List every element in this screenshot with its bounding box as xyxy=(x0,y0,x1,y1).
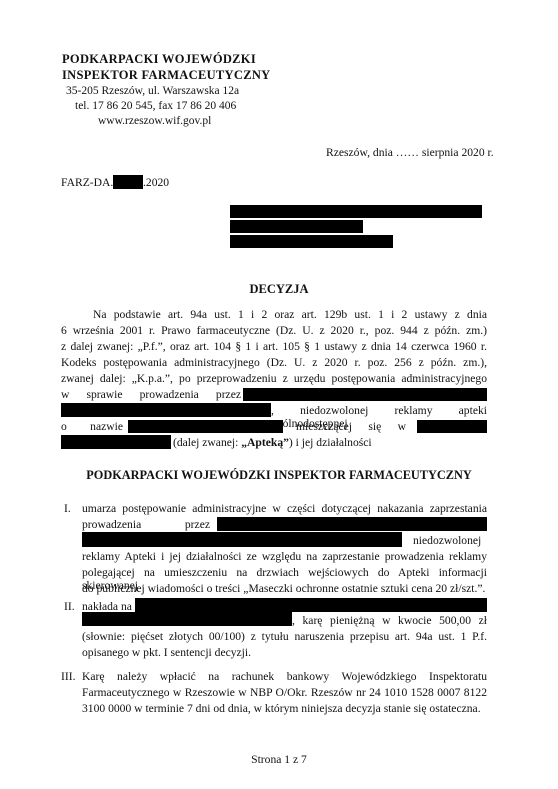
preamble-line9-c: ) i jej działalności xyxy=(289,436,372,449)
place-date: Rzeszów, dnia …… sierpnia 2020 r. xyxy=(326,146,494,159)
org-name-line1: PODKARPACKI WOJEWÓDZKI xyxy=(62,52,256,67)
point-1-line3: niedozwolonej xyxy=(413,534,481,547)
redaction-addressee-line2 xyxy=(230,220,363,233)
preamble-line8-b: mieszczącej się w xyxy=(296,420,406,433)
redaction-pharmacy-address xyxy=(61,435,171,449)
preamble-line9: (dalej zwanej: „Apteką”) i jej działalno… xyxy=(173,436,372,449)
preamble-line1: Na podstawie art. 94a ust. 1 i 2 oraz ar… xyxy=(93,308,487,321)
preamble-line9-bold: „Apteką” xyxy=(241,436,289,449)
point-2-number: II. xyxy=(64,600,75,613)
redaction-point2-entity-cont xyxy=(82,612,292,626)
preamble-line2: 6 września 2001 r. Prawo farmaceutyczne … xyxy=(61,324,487,337)
preamble-line6: w sprawie prowadzenia przez xyxy=(61,388,241,401)
org-phone: tel. 17 86 20 545, fax 17 86 20 406 xyxy=(75,100,236,112)
redaction-addressee-line3 xyxy=(230,235,393,248)
preamble-line8-a: o nazwie xyxy=(61,420,123,433)
redaction-pharmacy-name xyxy=(128,420,283,433)
point-2-line2: , karę pieniężną w kwocie 500,00 zł xyxy=(292,614,487,627)
org-address: 35-205 Rzeszów, ul. Warszawska 12a xyxy=(66,85,239,97)
preamble-line5: zwanej dalej: „K.p.a.”, po przeprowadzen… xyxy=(61,372,487,385)
point-1-line4: reklamy Apteki i jej działalności ze wzg… xyxy=(82,550,487,563)
point-1-number: I. xyxy=(64,502,71,515)
point-3-line2: Farmaceutycznego w Rzeszowie w NBP O/Okr… xyxy=(82,686,487,699)
reference-prefix: FARZ-DA. xyxy=(61,176,113,189)
point-1-line6: do publicznej wiadomości o treści „Masec… xyxy=(82,582,485,595)
redaction-point2-entity xyxy=(135,598,487,612)
redaction-point1-entity-cont xyxy=(82,532,402,547)
point-3-line1: Karę należy wpłacić na rachunek bankowy … xyxy=(82,670,487,683)
point-1-line2: prowadzenia przez xyxy=(82,518,210,531)
point-1-line1: umarza postępowanie administracyjne w cz… xyxy=(82,502,487,515)
point-3-number: III. xyxy=(61,670,75,683)
preamble-line3: z dalej zwanej: „P.f.”, oraz art. 104 § … xyxy=(61,340,487,353)
preamble-line4: Kodeks postępowania administracyjnego (D… xyxy=(61,356,487,369)
point-2-line3: (słownie: pięćset złotych 00/100) z tytu… xyxy=(82,630,487,643)
redaction-pharmacy-location xyxy=(417,420,487,433)
point-2-line4: opisanego w pkt. I sentencji decyzji. xyxy=(82,646,251,659)
redaction-reference xyxy=(113,175,143,189)
reference-suffix: .2020 xyxy=(143,176,169,189)
redaction-preamble-entity-cont xyxy=(61,403,271,417)
point-3-line3: 3100 0000 w terminie 7 dni od dnia, w kt… xyxy=(82,702,481,715)
redaction-preamble-entity xyxy=(243,388,487,401)
authority-heading: PODKARPACKI WOJEWÓDZKI INSPEKTOR FARMACE… xyxy=(0,468,558,483)
redaction-point1-entity xyxy=(217,517,487,531)
org-website[interactable]: www.rzeszow.wif.gov.pl xyxy=(98,115,211,127)
page-number: Strona 1 z 7 xyxy=(0,753,558,766)
preamble-line9-a: (dalej zwanej: xyxy=(173,436,241,449)
redaction-addressee-line1 xyxy=(230,205,482,218)
org-name-line2: INSPEKTOR FARMACEUTYCZNY xyxy=(62,68,271,83)
document-title: DECYZJA xyxy=(0,282,558,297)
